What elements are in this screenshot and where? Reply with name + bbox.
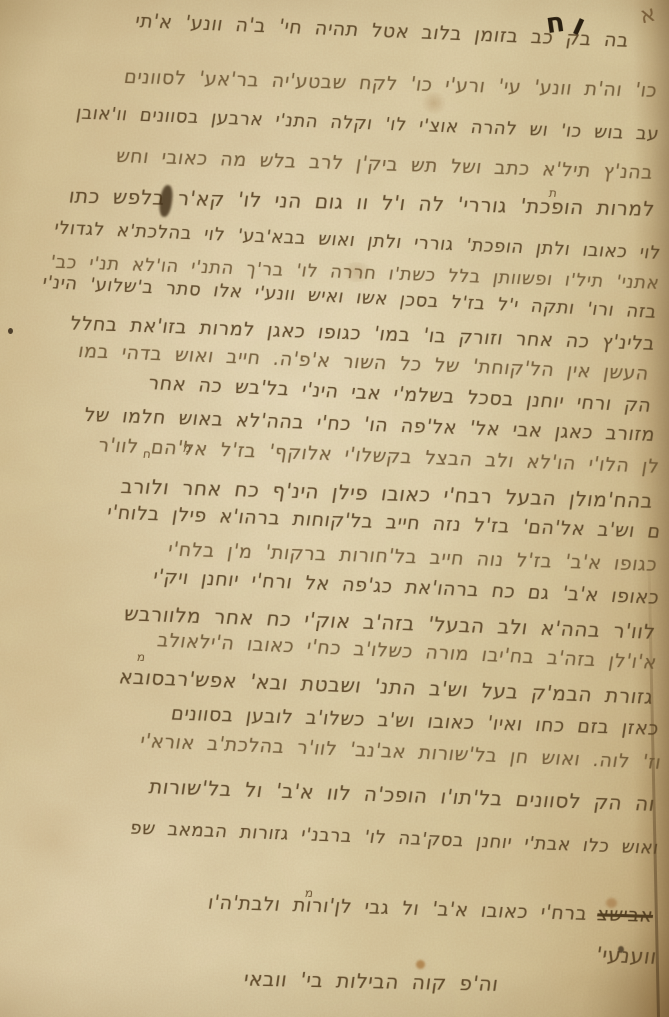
rust-spot <box>416 960 425 969</box>
ink-speck <box>8 328 13 334</box>
damp-stain <box>10 800 100 880</box>
superscript-insertion: מ <box>136 650 146 664</box>
manuscript-line: וה הק לסוונים בל'תו'ו הופכ'ה לוו א'ב' ול… <box>147 774 657 816</box>
manuscript-line: למרות הופכת' גוררי' לה ו'ל וו גום הני לו… <box>68 184 657 221</box>
manuscript-page: ח ו א בה בק כב בזומן בלוב אטל תהיה חי' ב… <box>0 0 669 1017</box>
manuscript-line: בהנ'ץ תיל'א כתב ושל תש ביק'ן לרב בלש מה … <box>115 145 655 184</box>
manuscript-line-with-strikethrough: אבישצברח'י כאובו א'ב' ול גבי לן'ורות ולב… <box>207 892 655 927</box>
manuscript-closing-word: ווענעי' <box>594 943 659 969</box>
manuscript-line: כו' וה'ת וונע' עי' ורע'י כו' לקח שבטע'יה… <box>122 66 658 102</box>
manuscript-line: גזורת הבמ'ק בעל וש'ב התנ' ושבטת ובא' אפש… <box>117 665 655 709</box>
manuscript-final-line: וה'פ קוה הבילות בי' וובאי <box>243 967 501 996</box>
superscript-insertion: ח <box>142 447 152 461</box>
crossed-out-word: אבישצ <box>596 903 655 927</box>
manuscript-line: עב בוש כו' וש להרה אוצ'י לו' וקלה התנ'י … <box>75 103 661 145</box>
manuscript-line: ואוש כלו אבת'י יוחנן בסק'בה לו' ברבנ'י ג… <box>129 818 661 859</box>
line-text-after-strike: ברח'י כאובו א'ב' ול גבי לן'ורות ולבת'ה'ו <box>207 892 590 925</box>
superscript-insertion: מ <box>304 886 314 900</box>
header-pen-mark: א <box>637 1 658 30</box>
superscript-insertion: מ <box>182 441 192 455</box>
